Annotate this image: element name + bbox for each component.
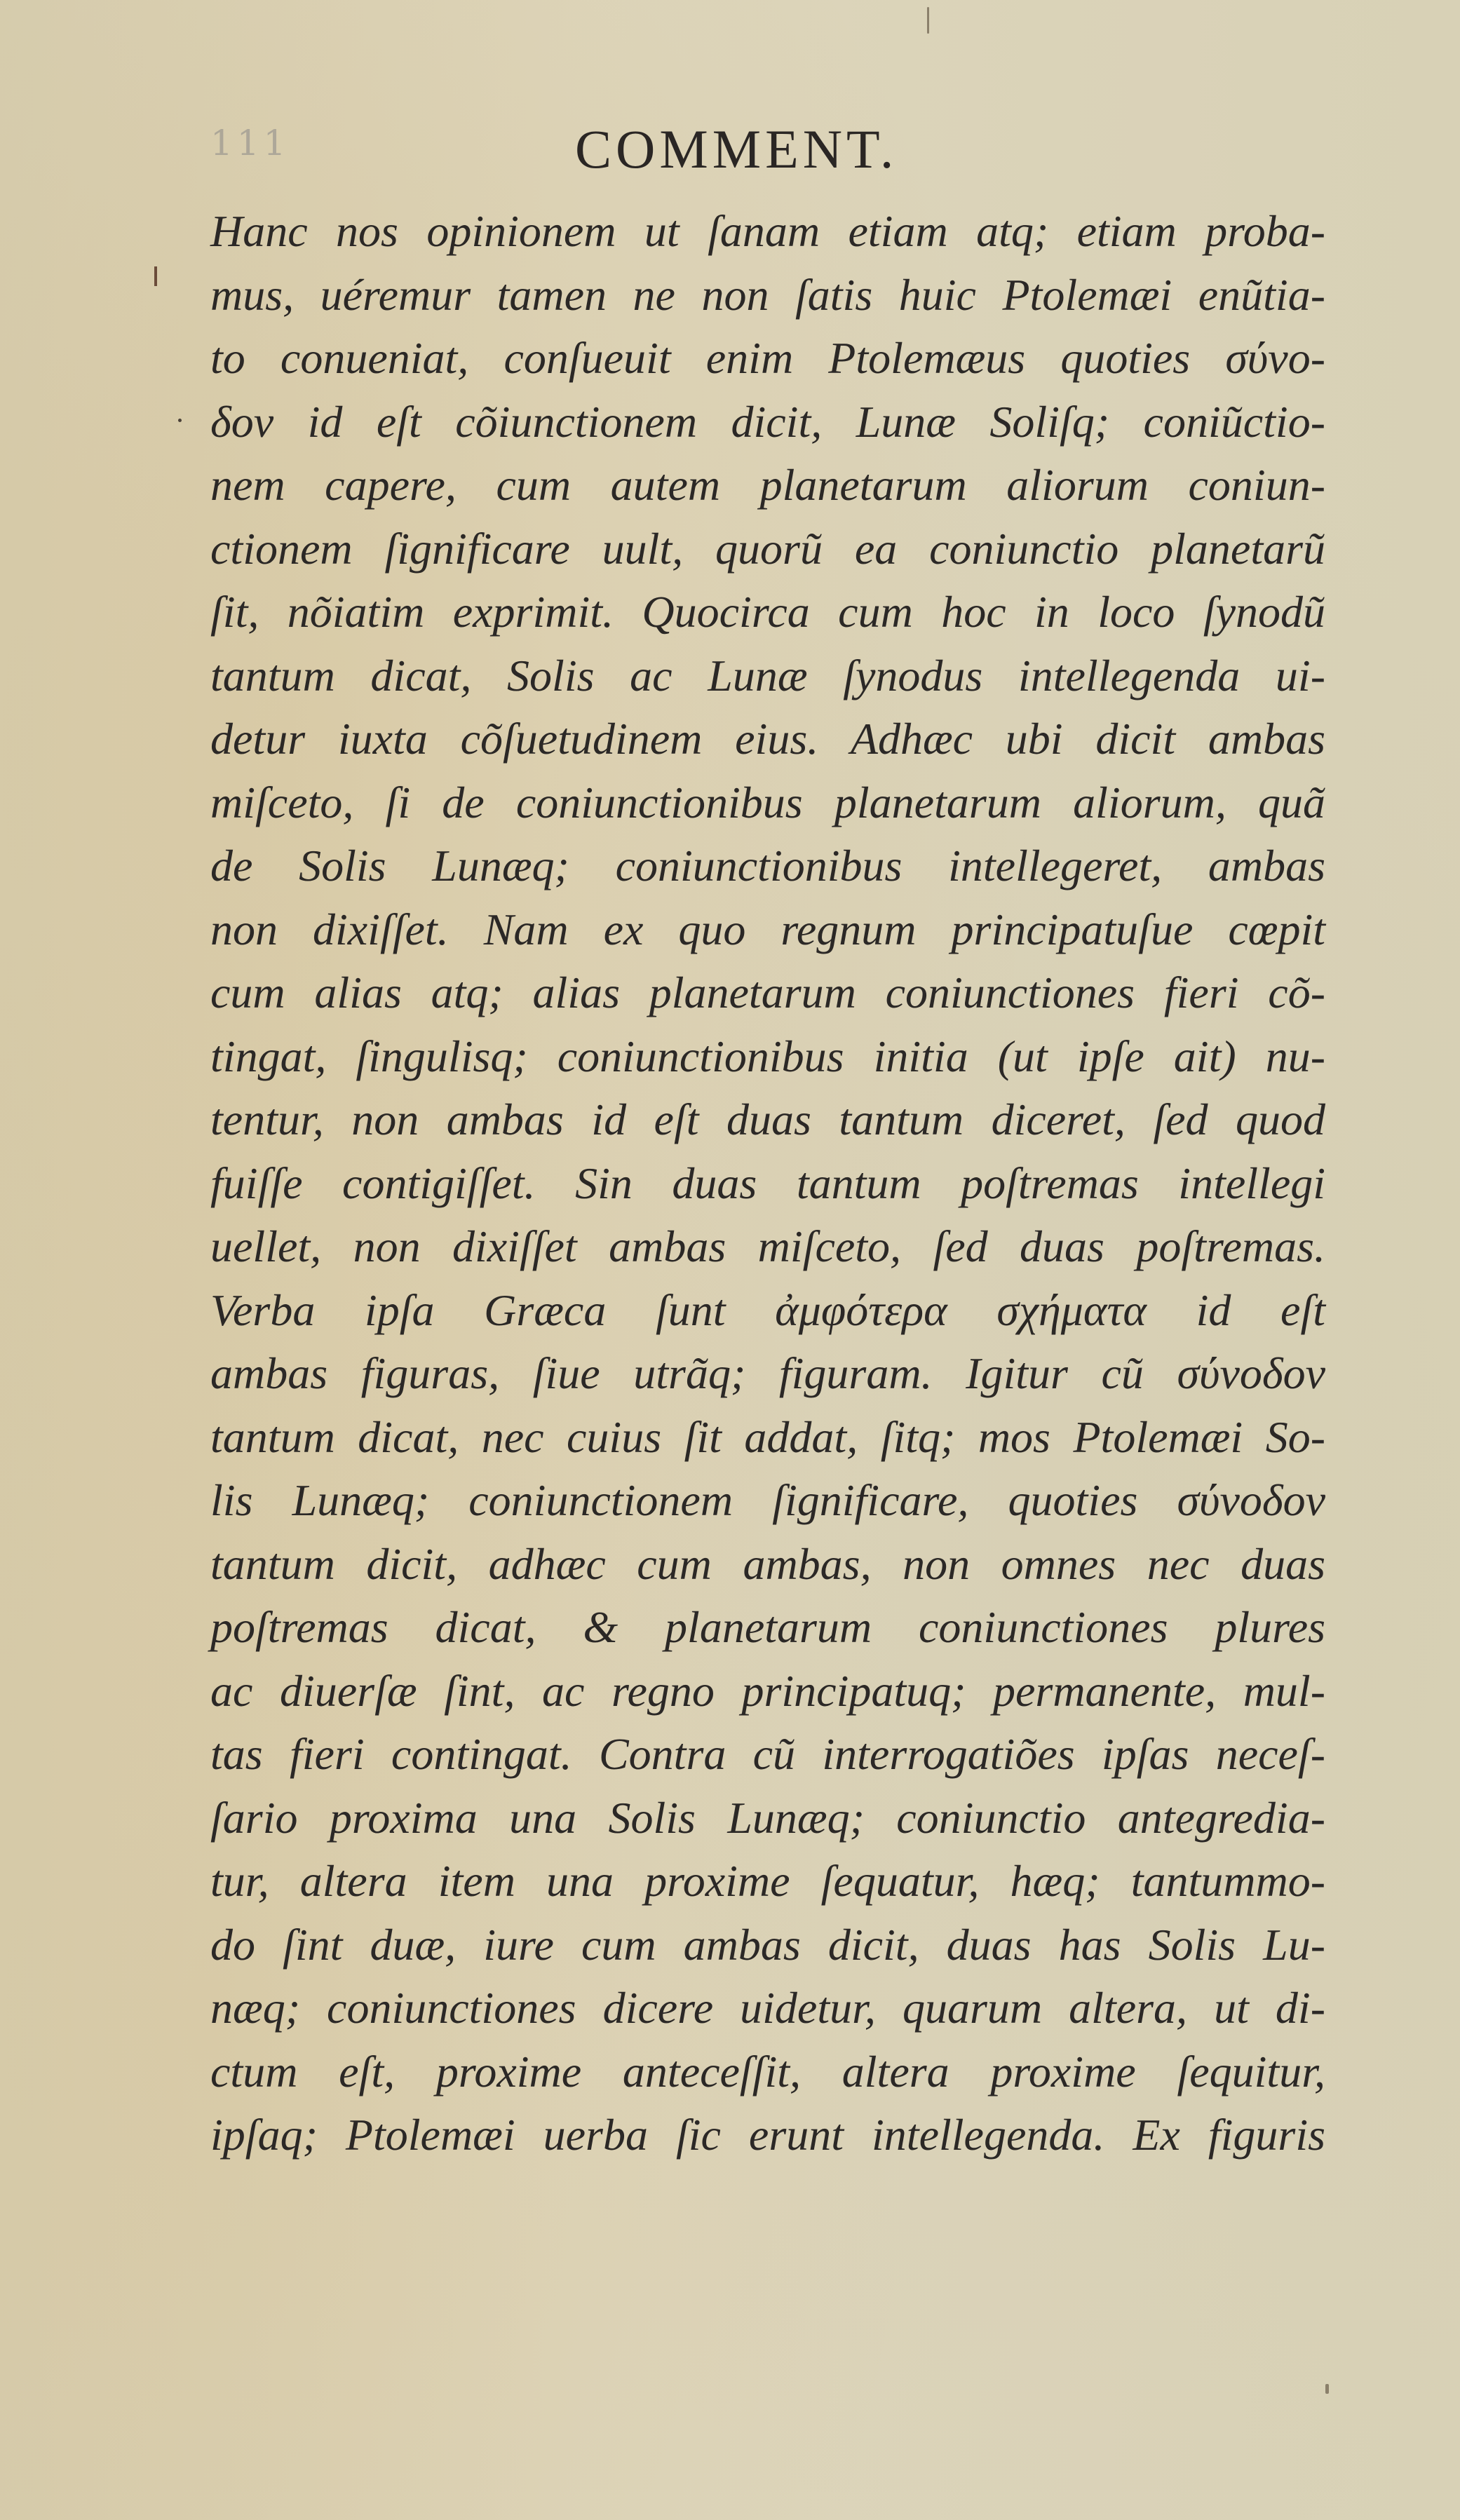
text-line: δον id eſt cõiunctionem dicit, Lunæ Soli… bbox=[210, 391, 1325, 454]
text-line: fuiſſe contigiſſet. Sin duas tantum poſt… bbox=[210, 1152, 1325, 1216]
margin-dot bbox=[178, 419, 182, 422]
text-line: uellet, non dixiſſet ambas miſceto, ſed … bbox=[210, 1215, 1325, 1279]
page-number-show-through: 111 bbox=[210, 123, 290, 163]
body-text: Hanc nos opinionem ut ſanam etiam atq; e… bbox=[210, 200, 1325, 2167]
text-line: to conueniat, conſueuit enim Ptolemæus q… bbox=[210, 327, 1325, 391]
text-line: ſit, nõiatim exprimit. Quocirca cum hoc … bbox=[210, 581, 1325, 644]
text-line: cum alias atq; alias planetarum coniunct… bbox=[210, 961, 1325, 1025]
text-line: ſario proxima una Solis Lunæq; coniuncti… bbox=[210, 1787, 1325, 1850]
text-line: tingat, ſingulisq; coniunctionibus initi… bbox=[210, 1025, 1325, 1089]
text-line: non dixiſſet. Nam ex quo regnum principa… bbox=[210, 898, 1325, 962]
top-edge-mark bbox=[927, 7, 929, 34]
bottom-edge-mark bbox=[1325, 2384, 1329, 2394]
text-line: ctionem ſignificare uult, quorũ ea coniu… bbox=[210, 517, 1325, 581]
text-line: poſtremas dicat, & planetarum coniunctio… bbox=[210, 1596, 1325, 1660]
text-line: ac diuerſæ ſint, ac regno principatuq; p… bbox=[210, 1660, 1325, 1723]
text-line: ambas figuras, ſiue utrãq; figuram. Igit… bbox=[210, 1342, 1325, 1406]
text-line: ctum eſt, proxime anteceſſit, altera pro… bbox=[210, 2040, 1325, 2104]
text-line: tur, altera item una proxime ſequatur, h… bbox=[210, 1850, 1325, 1913]
book-page: 111 COMMENT. Hanc nos opinionem ut ſanam… bbox=[0, 0, 1460, 2520]
text-line: do ſint duæ, iure cum ambas dicit, duas … bbox=[210, 1913, 1325, 1977]
text-line: mus, uéremur tamen ne non ſatis huic Pto… bbox=[210, 264, 1325, 327]
text-line: tentur, non ambas id eſt duas tantum dic… bbox=[210, 1088, 1325, 1152]
text-line: næq; coniunctiones dicere uidetur, quaru… bbox=[210, 1977, 1325, 2040]
text-line: detur iuxta cõſuetudinem eius. Adhæc ubi… bbox=[210, 707, 1325, 771]
text-line: miſceto, ſi de coniunctionibus planetaru… bbox=[210, 771, 1325, 835]
text-line: de Solis Lunæq; coniunctionibus intelleg… bbox=[210, 834, 1325, 898]
text-line: lis Lunæq; coniunctionem ſignificare, qu… bbox=[210, 1469, 1325, 1533]
text-line: tantum dicat, nec cuius ſit addat, ſitq;… bbox=[210, 1406, 1325, 1470]
running-head: COMMENT. bbox=[575, 118, 898, 181]
text-line: Hanc nos opinionem ut ſanam etiam atq; e… bbox=[210, 200, 1325, 264]
text-line: ipſaq; Ptolemæi uerba ſic erunt intelleg… bbox=[210, 2104, 1325, 2167]
text-line: Verba ipſa Græca ſunt ἀμφότερα σχήματα i… bbox=[210, 1279, 1325, 1343]
text-line: tantum dicit, adhæc cum ambas, non omnes… bbox=[210, 1533, 1325, 1597]
text-line: tantum dicat, Solis ac Lunæ ſynodus inte… bbox=[210, 644, 1325, 708]
text-line: tas fieri contingat. Contra cũ interroga… bbox=[210, 1723, 1325, 1787]
text-line: nem capere, cum autem planetarum aliorum… bbox=[210, 454, 1325, 517]
margin-mark bbox=[154, 266, 157, 286]
